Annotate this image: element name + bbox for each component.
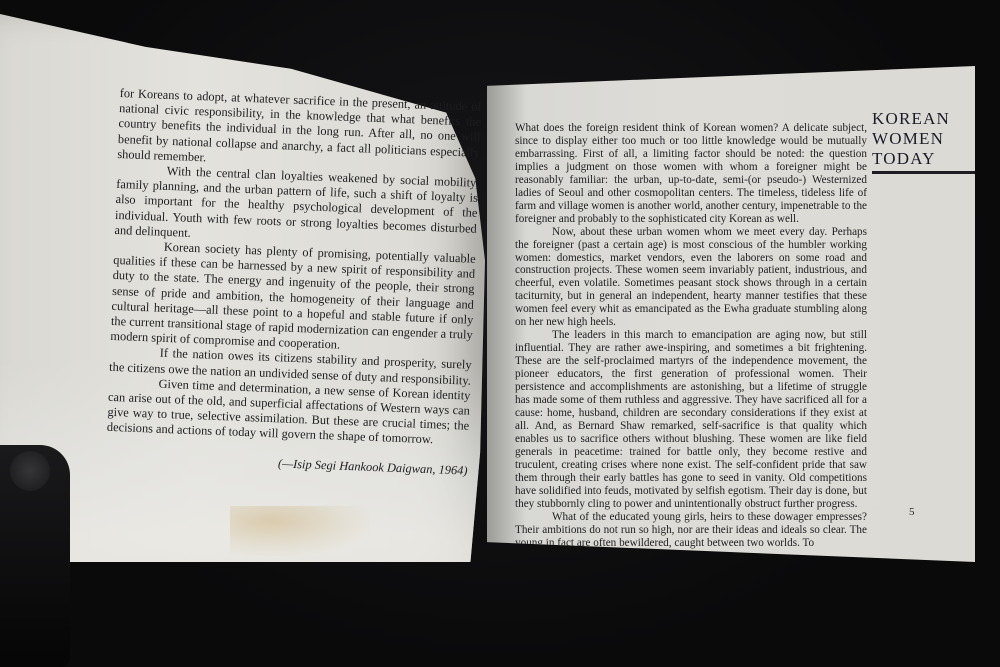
chapter-title-line: TODAY [872, 149, 950, 169]
paragraph: What of the educated young girls, heirs … [515, 511, 867, 550]
right-page: KOREAN WOMEN TODAY What does the foreign… [487, 66, 975, 562]
right-page-body: What does the foreign resident think of … [515, 122, 867, 549]
paragraph: With the central clan loyalties weakened… [114, 162, 479, 252]
page-number: 5 [909, 506, 915, 518]
chapter-rule-divider [872, 171, 976, 174]
water-stain [230, 506, 370, 556]
paragraph: Now, about these urban women whom we mee… [515, 226, 867, 330]
chapter-title-line: WOMEN [872, 129, 950, 149]
paragraph: Korean society has plenty of promising, … [110, 238, 476, 358]
chapter-title: KOREAN WOMEN TODAY [872, 109, 950, 169]
left-page-body: for Koreans to adopt, at whatever sacrif… [105, 86, 481, 478]
paragraph: What does the foreign resident think of … [515, 122, 867, 226]
glove-highlight [10, 451, 50, 491]
paragraph: The leaders in this march to emancipatio… [515, 329, 867, 510]
chapter-title-line: KOREAN [872, 109, 950, 129]
paragraph: for Koreans to adopt, at whatever sacrif… [117, 86, 482, 176]
gloved-hand [0, 445, 70, 667]
paragraph: Given time and determination, a new sens… [107, 375, 471, 450]
